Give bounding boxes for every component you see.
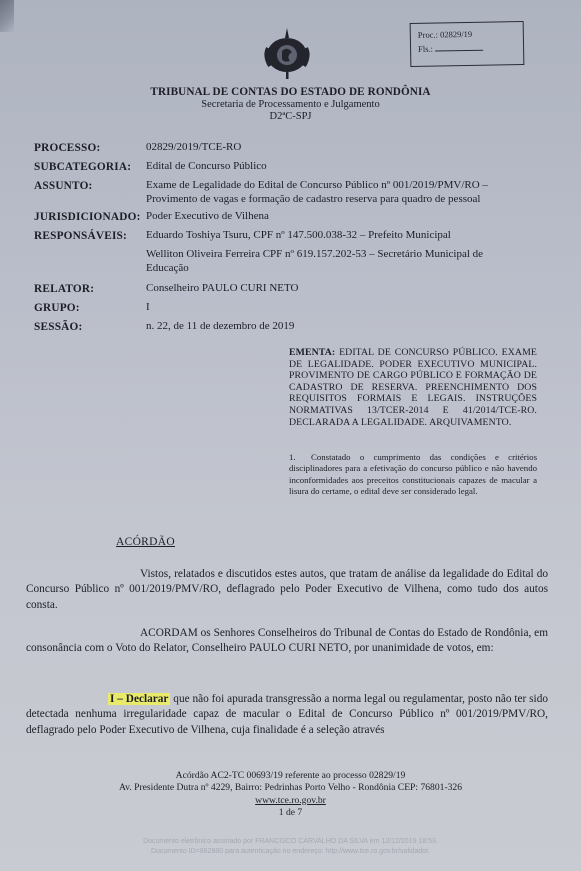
acordao-title: ACÓRDÃO xyxy=(116,536,175,548)
ementa-text: EDITAL DE CONCURSO PÚBLICO. EXAME DE LEG… xyxy=(289,347,537,428)
ementa-label: EMENTA: xyxy=(289,347,335,358)
responsaveis-value-line1: Eduardo Toshiya Tsuru, CPF nº 147.500.03… xyxy=(146,229,451,241)
ementa-item-number: 1. xyxy=(289,452,311,463)
assunto-label: ASSUNTO: xyxy=(34,180,93,192)
ementa-summary: EMENTA: EDITAL DE CONCURSO PÚBLICO. EXAM… xyxy=(289,347,537,428)
department-name: Secretaria de Processamento e Julgamento xyxy=(0,99,581,110)
highlighted-declarar: I – Declarar xyxy=(108,693,170,705)
acordao-paragraph-2: ACORDAM os Senhores Conselheiros do Trib… xyxy=(26,626,548,657)
document-page: Proc.: 02829/19 Fls.: TRIBUNAL DE CONTAS… xyxy=(0,0,581,871)
subcategoria-label: SUBCATEGORIA: xyxy=(34,161,131,173)
sessao-value: n. 22, de 11 de dezembro de 2019 xyxy=(146,320,294,332)
page-corner-shadow xyxy=(0,0,14,32)
relator-label: RELATOR: xyxy=(34,283,94,295)
jurisdicionado-label: JURISDICIONADO: xyxy=(34,211,141,223)
footer-reference: Acórdão AC2-TC 00693/19 referente ao pro… xyxy=(0,770,581,781)
website-link[interactable]: www.tce.ro.gov.br xyxy=(255,795,326,806)
division-name: D2ªC-SPJ xyxy=(0,111,581,122)
grupo-label: GRUPO: xyxy=(34,302,80,314)
relator-value: Conselheiro PAULO CURI NETO xyxy=(146,282,298,294)
footer-page-number: 1 de 7 xyxy=(0,807,581,818)
responsaveis-value-line2: Welliton Oliveira Ferreira CPF nº 619.15… xyxy=(146,248,483,260)
signature-line-2: Documento ID=862880 para autenticação no… xyxy=(0,847,581,857)
subcategoria-value: Edital de Concurso Público xyxy=(146,160,267,172)
rondonia-coat-of-arms-icon xyxy=(262,26,312,80)
processo-value: 02829/2019/TCE-RO xyxy=(146,141,241,153)
grupo-value: I xyxy=(146,301,150,313)
process-stamp-box: Proc.: 02829/19 Fls.: xyxy=(410,21,525,67)
footer-website: www.tce.ro.gov.br xyxy=(0,795,581,806)
stamp-fls: Fls.: xyxy=(418,40,523,56)
assunto-value-line2: Provimento de vagas e formação de cadast… xyxy=(146,193,480,205)
processo-label: PROCESSO: xyxy=(34,142,100,154)
jurisdicionado-value: Poder Executivo de Vilhena xyxy=(146,210,269,222)
responsaveis-value-line3: Educação xyxy=(146,262,189,274)
signature-line-1: Documento eletrônico assinado por FRANCI… xyxy=(0,837,581,847)
institution-name: TRIBUNAL DE CONTAS DO ESTADO DE RONDÔNIA xyxy=(0,86,581,98)
responsaveis-label: RESPONSÁVEIS: xyxy=(34,230,127,242)
acordao-item-1: I – Declarar que não foi apurada transgr… xyxy=(26,692,548,738)
ementa-item-1: 1.Constatado o cumprimento das condições… xyxy=(289,452,537,498)
ementa-item-text: Constatado o cumprimento das condições e… xyxy=(289,452,537,496)
acordao-paragraph-1: Vistos, relatados e discutidos estes aut… xyxy=(26,567,548,613)
assunto-value-line1: Exame de Legalidade do Edital de Concurs… xyxy=(146,179,488,191)
footer-address: Av. Presidente Dutra nº 4229, Bairro: Pe… xyxy=(0,782,581,793)
sessao-label: SESSÃO: xyxy=(34,321,83,333)
fls-blank-line xyxy=(435,42,483,52)
